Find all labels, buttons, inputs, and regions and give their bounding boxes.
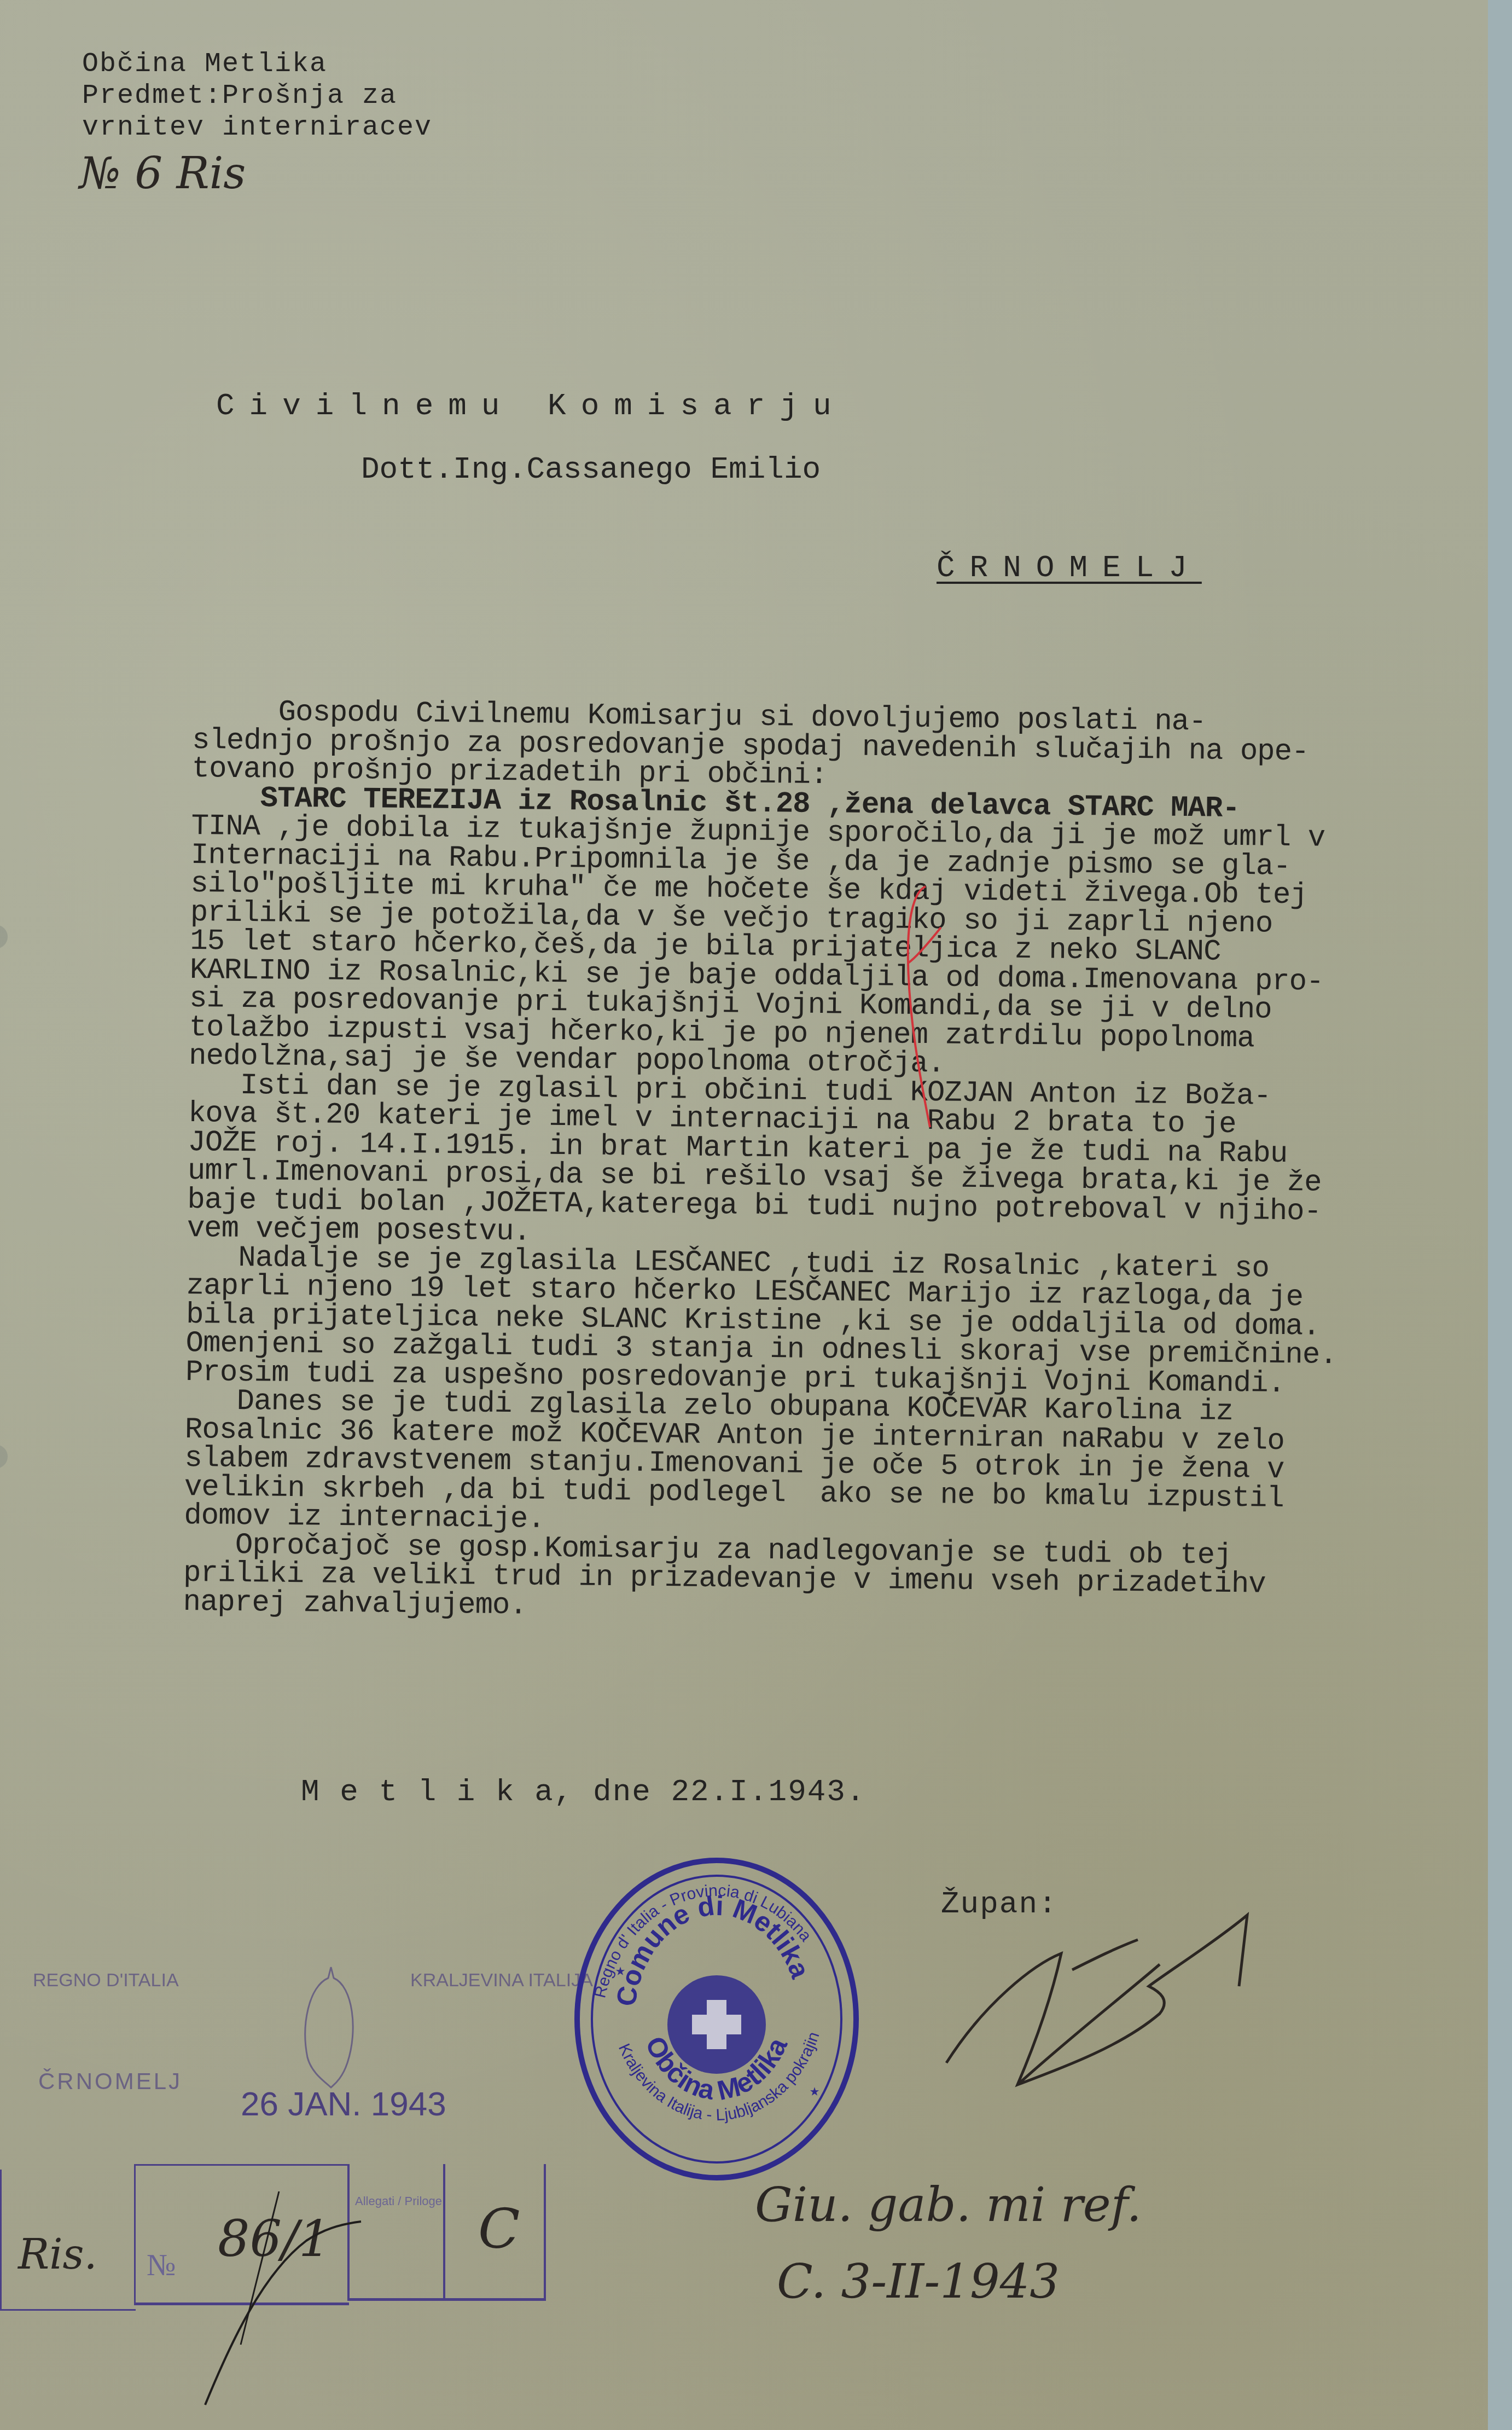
coat-of-arms-icon	[301, 1964, 361, 2090]
municipal-seal-icon: Regno d' Italia - Provincia di Lubiana K…	[563, 1849, 870, 2189]
place-and-date: M e t l i k a, dne 22.I.1943.	[301, 1776, 866, 1808]
svg-text:★: ★	[615, 1962, 625, 1981]
background-surface	[1488, 0, 1512, 2430]
punch-hole	[0, 925, 8, 949]
document-page: Občina Metlika Predmet:Prošnja za vrnite…	[0, 0, 1488, 2430]
svg-text:★: ★	[810, 2083, 819, 2101]
subject-line-2: vrnitev interniracev	[82, 112, 432, 144]
registry-handwritten-ris: Ris.	[18, 2230, 97, 2278]
receipt-stamp-header-left: REGNO D'ITALIA	[33, 1970, 179, 1991]
sender-name: Občina Metlika	[82, 48, 327, 81]
receipt-stamp-date: 26 JAN. 1943	[241, 2085, 446, 2124]
check-mark-icon	[197, 2180, 394, 2410]
addressee-title: Civilnemu Komisarju	[216, 390, 846, 422]
subject-line-1: Predmet:Prošnja za	[82, 80, 397, 113]
registry-box: Ris. № 86/1 Allegati / Priloge C	[0, 2164, 547, 2317]
receipt-stamp-city: ČRNOMELJ	[38, 2068, 182, 2095]
mayor-signature-icon	[941, 1882, 1357, 2123]
registry-cell: C	[443, 2164, 546, 2301]
registry-cell: Ris.	[0, 2170, 136, 2311]
letter-body: Gospodu Civilnemu Komisarju si dovoljuje…	[183, 698, 1467, 1630]
punch-hole	[0, 1445, 8, 1469]
handwritten-reference-number: № 6 Ris	[79, 148, 246, 199]
handwritten-note-line-2: C. 3-II-1943	[777, 2254, 1060, 2309]
addressee-name: Dott.Ing.Cassanego Emilio	[361, 453, 821, 486]
red-pencil-check-icon	[897, 875, 946, 1133]
addressee-place: ČRNOMELJ	[937, 552, 1202, 584]
registry-handwritten-c: C	[478, 2197, 520, 2261]
registry-number-label: №	[147, 2248, 176, 2283]
handwritten-note-line-1: Giu. gab. mi ref.	[755, 2178, 1142, 2232]
